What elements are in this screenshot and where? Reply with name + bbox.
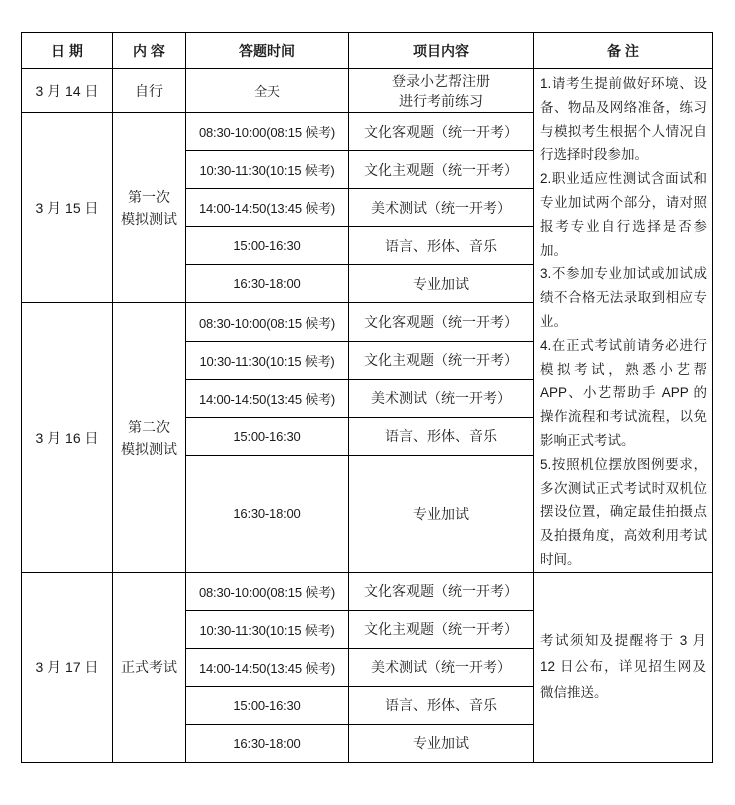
time-cell: 08:30-10:00(08:15 候考) (186, 113, 349, 151)
time-cell: 14:00-14:50(13:45 候考) (186, 189, 349, 227)
remark-note: 1.请考生提前做好环境、设备、物品及网络准备，练习与模拟考生根据个人情况自行选择… (540, 72, 707, 167)
time-cell: 16:30-18:00 (186, 724, 349, 762)
time-cell: 14:00-14:50(13:45 候考) (186, 379, 349, 417)
project-cell: 文化客观题（统一开考） (349, 572, 534, 610)
project-cell: 登录小艺帮注册 进行考前练习 (349, 69, 534, 113)
content-cell: 第一次 模拟测试 (113, 113, 186, 303)
project-cell: 美术测试（统一开考） (349, 379, 534, 417)
date-cell: 3 月 17 日 (22, 572, 113, 762)
time-cell: 10:30-11:30(10:15 候考) (186, 151, 349, 189)
project-cell: 文化客观题（统一开考） (349, 113, 534, 151)
remark-note: 2.职业适应性测试含面试和专业加试两个部分，请对照报考专业自行选择是否参加。 (540, 167, 707, 262)
time-cell: 08:30-10:00(08:15 候考) (186, 572, 349, 610)
content-cell: 正式考试 (113, 572, 186, 762)
table-header-row: 日 期 内 容 答题时间 项目内容 备 注 (22, 33, 713, 69)
content-cell: 第二次 模拟测试 (113, 303, 186, 572)
time-cell: 15:00-16:30 (186, 686, 349, 724)
project-cell: 语言、形体、音乐 (349, 686, 534, 724)
time-cell: 16:30-18:00 (186, 455, 349, 572)
header-time: 答题时间 (186, 33, 349, 69)
project-cell: 语言、形体、音乐 (349, 417, 534, 455)
date-cell: 3 月 16 日 (22, 303, 113, 572)
time-cell: 15:00-16:30 (186, 227, 349, 265)
remark-note: 4.在正式考试前请务必进行模拟考试，熟悉小艺帮 APP、小艺帮助手 APP 的操… (540, 334, 707, 453)
project-cell: 专业加试 (349, 455, 534, 572)
header-project: 项目内容 (349, 33, 534, 69)
time-cell: 08:30-10:00(08:15 候考) (186, 303, 349, 341)
remark-note: 5.按照机位摆放图例要求，多次测试正式考试时双机位摆设位置，确定最佳拍摄点及拍摄… (540, 453, 707, 572)
project-cell: 文化客观题（统一开考） (349, 303, 534, 341)
header-content: 内 容 (113, 33, 186, 69)
table-row: 3 月 17 日 正式考试 08:30-10:00(08:15 候考) 文化客观… (22, 572, 713, 610)
project-cell: 专业加试 (349, 265, 534, 303)
table-row: 3 月 14 日 自行 全天 登录小艺帮注册 进行考前练习 1.请考生提前做好环… (22, 69, 713, 113)
date-cell: 3 月 15 日 (22, 113, 113, 303)
project-cell: 语言、形体、音乐 (349, 227, 534, 265)
project-cell: 专业加试 (349, 724, 534, 762)
exam-schedule-table: 日 期 内 容 答题时间 项目内容 备 注 3 月 14 日 自行 全天 登录小… (21, 32, 713, 763)
time-cell: 14:00-14:50(13:45 候考) (186, 648, 349, 686)
project-cell: 文化主观题（统一开考） (349, 151, 534, 189)
content-cell: 自行 (113, 69, 186, 113)
header-remark: 备 注 (534, 33, 713, 69)
remarks-cell: 1.请考生提前做好环境、设备、物品及网络准备，练习与模拟考生根据个人情况自行选择… (534, 69, 713, 573)
header-date: 日 期 (22, 33, 113, 69)
project-cell: 美术测试（统一开考） (349, 648, 534, 686)
project-cell: 文化主观题（统一开考） (349, 610, 534, 648)
time-cell: 全天 (186, 69, 349, 113)
time-cell: 10:30-11:30(10:15 候考) (186, 610, 349, 648)
remark-note: 3.不参加专业加试或加试成绩不合格无法录取到相应专业。 (540, 262, 707, 333)
final-remark-cell: 考试须知及提醒将于 3 月 12 日公布，详见招生网及微信推送。 (534, 572, 713, 762)
date-cell: 3 月 14 日 (22, 69, 113, 113)
project-cell: 美术测试（统一开考） (349, 189, 534, 227)
time-cell: 10:30-11:30(10:15 候考) (186, 341, 349, 379)
time-cell: 15:00-16:30 (186, 417, 349, 455)
project-cell: 文化主观题（统一开考） (349, 341, 534, 379)
time-cell: 16:30-18:00 (186, 265, 349, 303)
